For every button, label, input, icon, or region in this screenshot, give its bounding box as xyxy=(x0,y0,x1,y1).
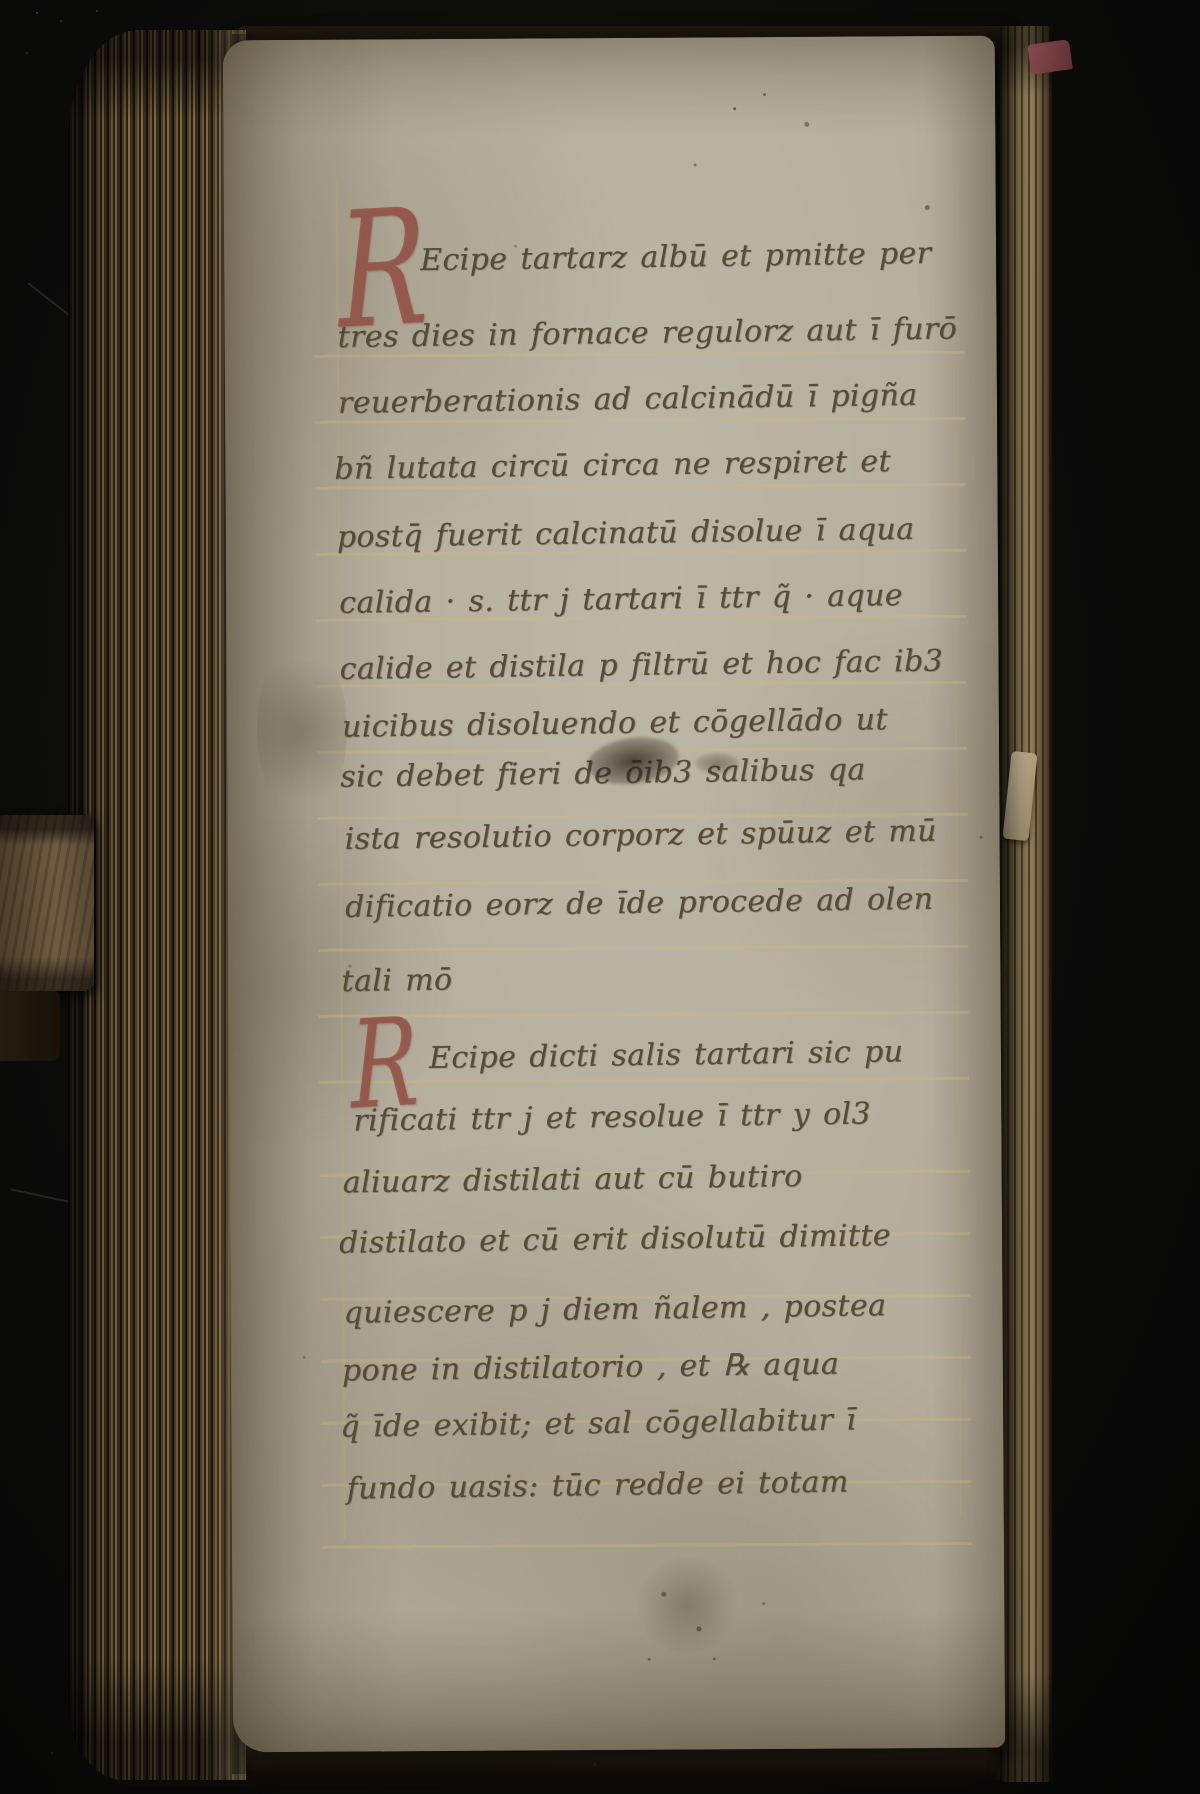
text-line: Ecipe dicti salis tartari sic pu xyxy=(429,1034,904,1076)
backdrop-scratch xyxy=(10,1188,73,1203)
text-line: pone in distilatorio , et ℞ aqua xyxy=(342,1347,840,1389)
backdrop-speck xyxy=(36,12,38,14)
text-line: rificati ttr j et resolue ī ttr y ol3 xyxy=(353,1096,871,1138)
page-stack-fore-edge xyxy=(68,30,246,1780)
parchment-page: R R Ecipe tartarz albū et pmitte per tre… xyxy=(223,36,1005,1753)
leather-clasp-shadow xyxy=(0,991,60,1061)
facing-page-fore-edge xyxy=(1000,26,1052,1782)
text-line: aliuarz distilati aut cū butiro xyxy=(343,1159,803,1200)
text-line: fundo uasis: tūc redde ei totam xyxy=(346,1465,849,1507)
stain xyxy=(632,1557,743,1653)
leather-clasp-strap xyxy=(0,815,94,991)
text-line: Ecipe tartarz albū et pmitte per xyxy=(420,236,932,278)
text-line: tali mō xyxy=(341,963,452,1000)
photo-backdrop: R R Ecipe tartarz albū et pmitte per tre… xyxy=(0,0,1200,1794)
ink-specks xyxy=(733,107,736,110)
stain xyxy=(256,640,347,821)
clasp-remnant-tab xyxy=(1027,39,1073,75)
text-line: q̃ īde exibit; et sal cōgellabitur ī xyxy=(340,1403,856,1445)
